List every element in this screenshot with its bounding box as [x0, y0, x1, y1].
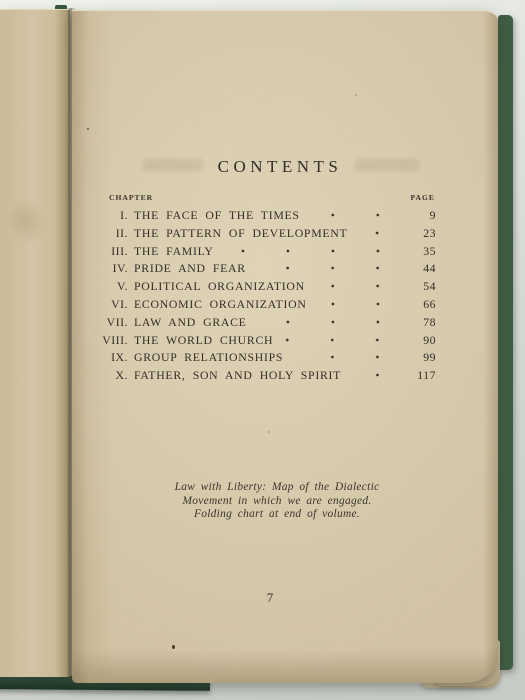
paper-speck [355, 94, 357, 96]
chapter-page-number: 78 [410, 314, 436, 332]
column-labels: CHAPTER PAGE [88, 191, 436, 204]
toc-row: VIII. THE WORLD CHURCH 90 [88, 332, 436, 350]
note-line: Law with Liberty: Map of the Dialectic [64, 481, 490, 495]
chapter-title: PRIDE AND FEAR [134, 260, 246, 278]
toc-rows: I. THE FACE OF THE TIMES 9 II. THE PATTE… [88, 207, 436, 385]
note-line: Folding chart at end of volume. [64, 508, 490, 522]
chapter-numeral: VIII. [88, 332, 128, 350]
book-photo: CONTENTS CHAPTER PAGE I. THE FACE OF THE… [0, 0, 525, 700]
toc-row: I. THE FACE OF THE TIMES 9 [88, 207, 436, 225]
chapter-numeral: IV. [88, 260, 128, 278]
chapter-numeral: I. [88, 207, 128, 225]
contents-page: CONTENTS CHAPTER PAGE I. THE FACE OF THE… [72, 10, 498, 683]
chapter-column-label: CHAPTER [109, 191, 153, 204]
left-blank-page [0, 9, 70, 677]
toc-row: VI. ECONOMIC ORGANIZATION 66 [88, 296, 436, 314]
paper-speck [268, 431, 270, 433]
chapter-title: FATHER, SON AND HOLY SPIRIT [134, 367, 341, 385]
dot-leader [283, 335, 402, 344]
chapter-page-number: 99 [410, 349, 436, 367]
dot-leader [224, 246, 402, 255]
chapter-numeral: IX. [88, 349, 128, 367]
toc-row: IX. GROUP RELATIONSHIPS 99 [88, 349, 436, 367]
paper-speck [87, 128, 89, 130]
chapter-page-number: 66 [410, 296, 436, 314]
chart-note: Law with Liberty: Map of the Dialectic M… [64, 481, 490, 522]
dot-leader [256, 263, 402, 272]
chapter-title: THE PATTERN OF DEVELOPMENT [134, 225, 347, 243]
chapter-page-number: 35 [410, 243, 436, 261]
note-line: Movement in which we are engaged. [64, 495, 490, 509]
chapter-numeral: II. [88, 225, 128, 243]
chapter-title: THE WORLD CHURCH [134, 332, 273, 350]
chapter-title: THE FAMILY [134, 243, 214, 261]
ink-showthrough [0, 189, 55, 252]
page-title: CONTENTS [67, 158, 493, 175]
chapter-title: THE FACE OF THE TIMES [134, 207, 300, 225]
toc-row: X. FATHER, SON AND HOLY SPIRIT 117 [88, 367, 436, 385]
chapter-page-number: 117 [410, 367, 436, 385]
toc-row: V. POLITICAL ORGANIZATION 54 [88, 278, 436, 296]
dot-leader [315, 281, 402, 290]
paper-speck [172, 645, 175, 649]
chapter-page-number: 44 [410, 260, 436, 278]
chapter-title: GROUP RELATIONSHIPS [134, 349, 283, 367]
dot-leader [357, 228, 402, 237]
chapter-numeral: V. [88, 278, 128, 296]
toc-row: VII. LAW AND GRACE 78 [88, 314, 436, 332]
chapter-page-number: 54 [410, 278, 436, 296]
dot-leader [293, 352, 402, 361]
toc-row: III. THE FAMILY 35 [88, 243, 436, 261]
chapter-title: ECONOMIC ORGANIZATION [134, 296, 307, 314]
chapter-page-number: 23 [410, 225, 436, 243]
chapter-page-number: 90 [410, 332, 436, 350]
folio-page-number: 7 [255, 590, 285, 606]
dot-leader [257, 317, 402, 326]
toc-row: II. THE PATTERN OF DEVELOPMENT 23 [88, 225, 436, 243]
chapter-title: LAW AND GRACE [134, 314, 247, 332]
chapter-numeral: III. [88, 243, 128, 261]
book-cover-edge-right [498, 15, 513, 670]
dot-leader [310, 210, 402, 219]
chapter-title: POLITICAL ORGANIZATION [134, 278, 305, 296]
toc-row: IV. PRIDE AND FEAR 44 [88, 260, 436, 278]
page-column-label: PAGE [410, 191, 435, 204]
chapter-numeral: X. [88, 367, 128, 385]
table-of-contents: CHAPTER PAGE I. THE FACE OF THE TIMES 9 … [88, 191, 436, 385]
dot-leader [317, 299, 402, 308]
dot-leader [351, 370, 402, 379]
chapter-page-number: 9 [410, 207, 436, 225]
chapter-numeral: VI. [88, 296, 128, 314]
chapter-numeral: VII. [88, 314, 128, 332]
